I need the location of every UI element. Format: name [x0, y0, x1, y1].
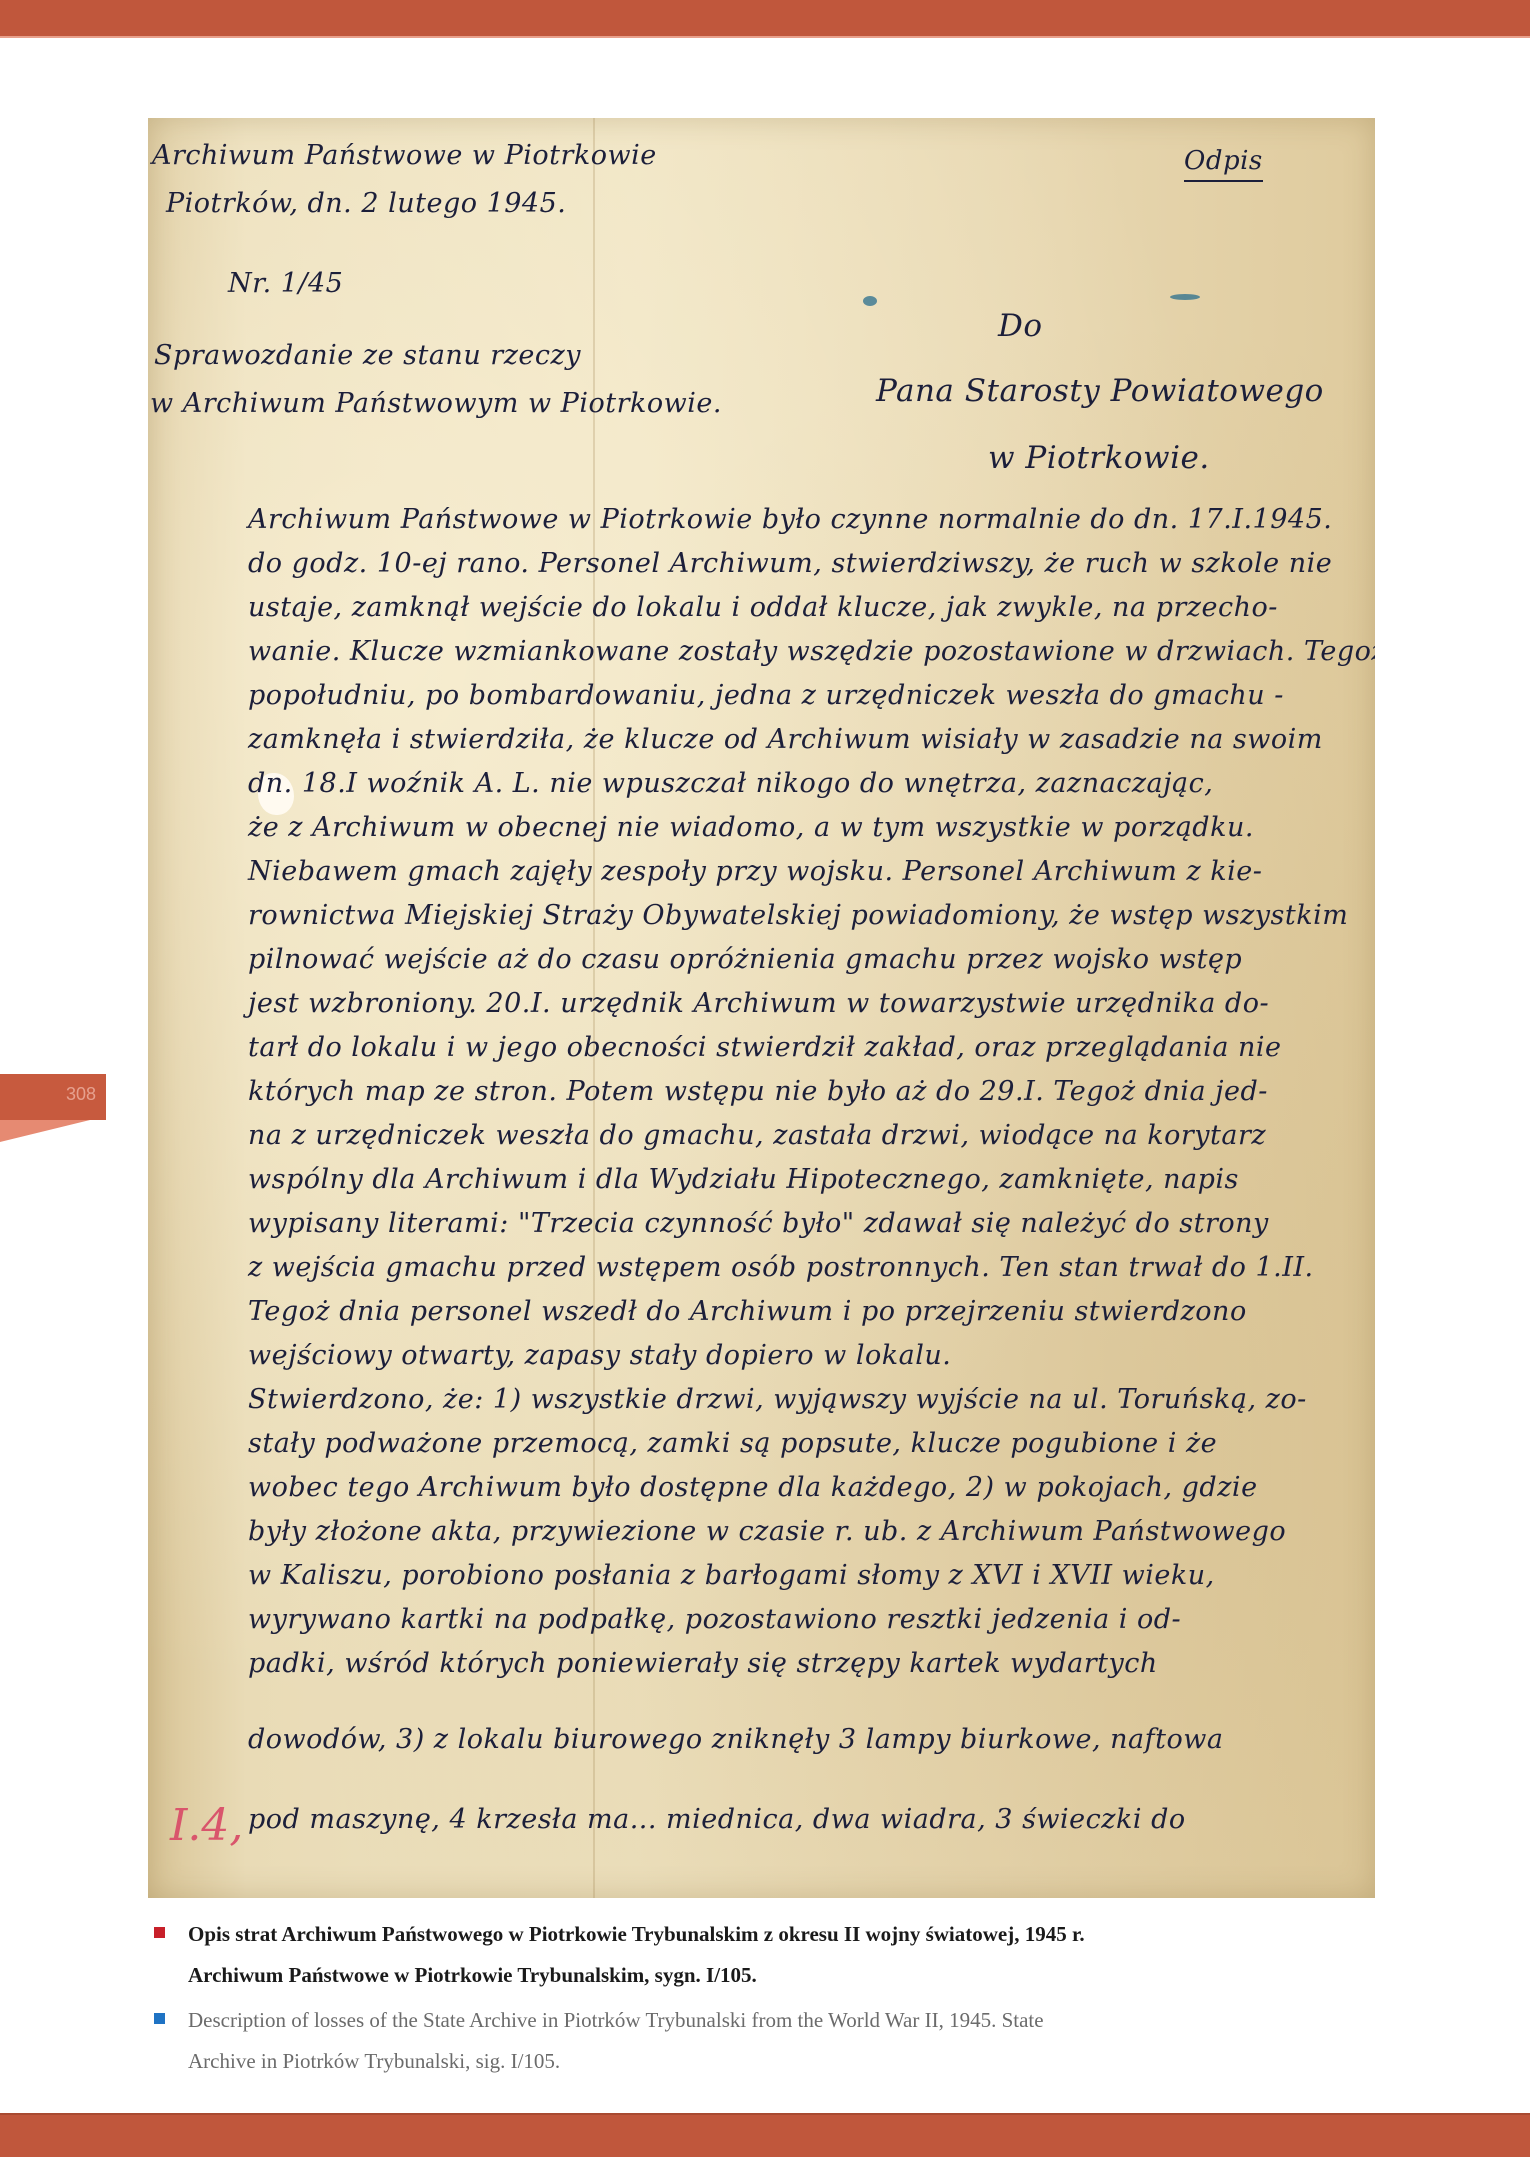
page-tab-flap [0, 1120, 90, 1142]
page-number: 308 [66, 1084, 96, 1105]
body-line: rownictwa Miejskiej Straży Obywatelskiej… [248, 894, 1348, 938]
body-line: padki, wśród których poniewierały się st… [248, 1642, 1158, 1686]
body-line: ustaje, zamknął wejście do lokalu i odda… [248, 586, 1278, 630]
caption-polish: Opis strat Archiwum Państwowego w Piotrk… [154, 1914, 1376, 1996]
recipient-line-1: Do [998, 308, 1043, 344]
body-line: w Kaliszu, porobiono posłania z barłogam… [248, 1554, 1215, 1598]
body-line: do godz. 10-ej rano. Personel Archiwum, … [248, 542, 1332, 586]
body-line: na z urzędniczek weszła do gmachu, zasta… [248, 1114, 1266, 1158]
recipient-line-3: w Piotrkowie. [988, 440, 1210, 476]
body-line: Archiwum Państwowe w Piotrkowie było czy… [248, 498, 1332, 542]
body-line: wypisany literami: "Trzecia czynność był… [248, 1202, 1269, 1246]
body-line: wejściowy otwarty, zapasy stały dopiero … [248, 1334, 951, 1378]
handwritten-document-scan: Archiwum Państwowe w Piotrkowie Piotrków… [148, 118, 1375, 1898]
archival-margin-mark: I.4, [170, 1800, 243, 1851]
letterhead-date: Piotrków, dn. 2 lutego 1945. [166, 188, 566, 219]
body-line: dowodów, 3) z lokalu biurowego zniknęły … [248, 1718, 1223, 1762]
body-line: tarł do lokalu i w jego obecności stwier… [248, 1026, 1282, 1070]
bottom-accent-bar [0, 2113, 1530, 2157]
body-line: Stwierdzono, że: 1) wszystkie drzwi, wyj… [248, 1378, 1307, 1422]
subject-line-1: Sprawozdanie ze stanu rzeczy [154, 340, 581, 371]
ink-blot [863, 296, 877, 306]
body-line: zamknęła i stwierdziła, że klucze od Arc… [248, 718, 1323, 762]
letterhead-number: Nr. 1/45 [228, 268, 343, 299]
body-line: pod maszynę, 4 krzesła ma... miednica, d… [248, 1798, 1186, 1842]
letterhead-institution: Archiwum Państwowe w Piotrkowie [152, 140, 657, 171]
body-line: jest wzbroniony. 20.I. urzędnik Archiwum… [248, 982, 1269, 1026]
body-line: były złożone akta, przywiezione w czasie… [248, 1510, 1286, 1554]
body-line: wanie. Klucze wzmiankowane zostały wszęd… [248, 630, 1375, 674]
caption-polish-line-1: Opis strat Archiwum Państwowego w Piotrk… [188, 1914, 1376, 1955]
body-line: że z Archiwum w obecnej nie wiadomo, a w… [248, 806, 1254, 850]
caption-english-line-1: Description of losses of the State Archi… [188, 2000, 1376, 2041]
body-line: wspólny dla Archiwum i dla Wydziału Hipo… [248, 1158, 1239, 1202]
caption-polish-line-2: Archiwum Państwowe w Piotrkowie Trybunal… [188, 1955, 1376, 1996]
red-square-bullet-icon [154, 1927, 165, 1938]
ink-blot [1170, 294, 1200, 300]
caption-english: Description of losses of the State Archi… [154, 2000, 1376, 2082]
body-line: wobec tego Archiwum było dostępne dla ka… [248, 1466, 1258, 1510]
body-line: których map ze stron. Potem wstępu nie b… [248, 1070, 1268, 1114]
recipient-line-2: Pana Starosty Powiatowego [876, 373, 1324, 409]
body-line: popołudniu, po bombardowaniu, jedna z ur… [248, 674, 1284, 718]
page-number-tab: 308 [0, 1074, 106, 1120]
caption-english-line-2: Archive in Piotrków Trybunalski, sig. I/… [188, 2041, 1376, 2082]
blue-square-bullet-icon [154, 2013, 165, 2024]
subject-line-2: w Archiwum Państwowym w Piotrkowie. [150, 388, 722, 419]
body-line: pilnować wejście aż do czasu opróżnienia… [248, 938, 1242, 982]
top-accent-bar [0, 0, 1530, 38]
body-line: stały podważone przemocą, zamki są popsu… [248, 1422, 1217, 1466]
figure-captions: Opis strat Archiwum Państwowego w Piotrk… [154, 1914, 1376, 2082]
body-line: wyrywano kartki na podpałkę, pozostawion… [248, 1598, 1181, 1642]
body-line: Niebawem gmach zajęły zespoły przy wojsk… [248, 850, 1262, 894]
copy-mark: Odpis [1184, 146, 1263, 182]
body-line: z wejścia gmachu przed wstępem osób post… [248, 1246, 1314, 1290]
body-line: Tegoż dnia personel wszedł do Archiwum i… [248, 1290, 1247, 1334]
body-line: dn. 18.I woźnik A. L. nie wpuszczał niko… [248, 762, 1213, 806]
